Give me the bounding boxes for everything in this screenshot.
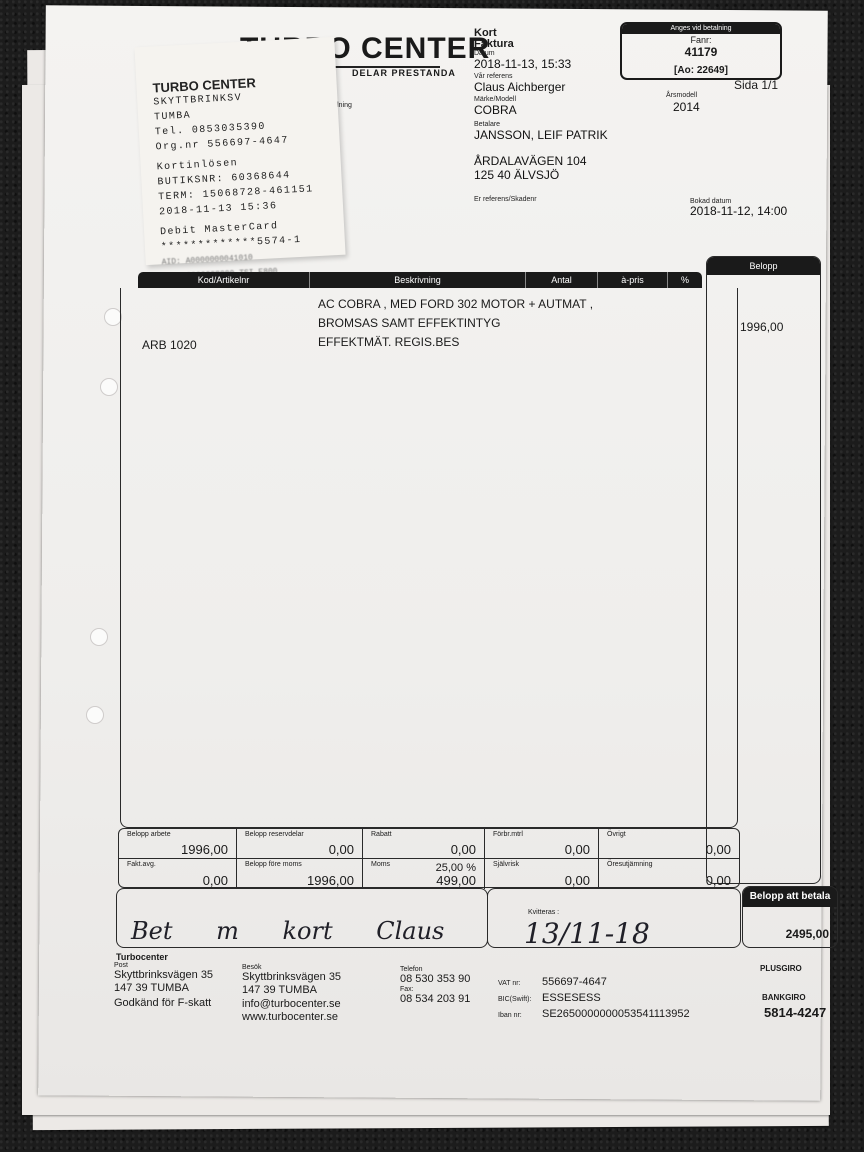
kvitteras-label: Kvitteras : — [528, 909, 559, 916]
card-receipt: TURBO CENTER SKYTTBRINKSV TUMBA Tel. 085… — [134, 37, 345, 265]
summary-parts: Belopp reservdelar0,00 — [237, 829, 363, 859]
plusgiro-label: PLUSGIRO — [760, 964, 802, 973]
booked-date: 2018-11-12, 14:00 — [690, 204, 787, 218]
bankgiro-number: 5814-4247 — [764, 1005, 826, 1020]
total-box: Belopp att betala 2495,00 — [742, 886, 838, 948]
punch-hole — [86, 706, 104, 724]
model-year: 2014 — [673, 100, 700, 114]
bankgiro-label: BANKGIRO — [762, 993, 806, 1002]
description-line: EFFEKTMÄT. REGIS.BES — [318, 333, 593, 352]
invoice-header: Kort Faktura Datum 2018-11-13, 15:33 Vår… — [474, 28, 608, 203]
summary-discount: Rabatt0,00 — [363, 829, 485, 859]
col-header-percent: % — [668, 272, 702, 288]
ao-number: [Ao: 22649] — [622, 65, 780, 76]
table-header: Kod/Artikelnr Beskrivning Antal à-pris % — [138, 272, 702, 288]
footer-bank-details: VAT nr:556697-4647 BIC(Swift):ESSESESS I… — [498, 974, 690, 1022]
our-ref: Claus Aichberger — [474, 80, 608, 94]
col-header-code: Kod/Artikelnr — [138, 272, 310, 288]
invoice-number: 41179 — [622, 45, 780, 59]
receipt-confirmation-box: Kvitteras : 13/11-18 — [487, 888, 741, 948]
payment-reference-box: Anges vid betalning Fanr: 41179 [Ao: 226… — [620, 22, 782, 80]
summary-before-vat: Belopp före moms1996,00 — [237, 859, 363, 889]
summary-invoice-fee: Fakt.avg.0,00 — [119, 859, 237, 889]
handwritten-note: Bet m kort Claus — [131, 917, 444, 945]
table-row-amount: 1996,00 — [740, 320, 783, 334]
summary-other: Övrigt0,00 — [599, 829, 739, 859]
col-header-unit-price: à-pris — [598, 272, 668, 288]
punch-hole — [100, 378, 118, 396]
payer: JANSSON, LEIF PATRIK — [474, 128, 608, 142]
col-header-qty: Antal — [526, 272, 598, 288]
description-line: BROMSAS SAMT EFFEKTINTYG — [318, 314, 593, 333]
table-row-code: ARB 1020 — [142, 338, 197, 352]
table-row-description: AC COBRA , MED FORD 302 MOTOR + AUTMAT ,… — [318, 295, 593, 352]
payment-box-header: Anges vid betalning — [622, 24, 780, 34]
punch-hole — [90, 628, 108, 646]
payer-label: Betalare — [474, 121, 608, 128]
summary-rounding: Öresutjämning0,00 — [599, 859, 739, 889]
logo-tagline: DELAR PRESTANDA — [352, 68, 456, 78]
footer-post: Post Skyttbrinksvägen 35 147 39 TUMBA Go… — [114, 962, 213, 1010]
address-line: 125 40 ÄLVSJÖ — [474, 168, 608, 182]
footer-company: Turbocenter — [116, 952, 168, 962]
col-header-description: Beskrivning — [310, 272, 526, 288]
total-label: Belopp att betala — [743, 887, 837, 907]
date-label: Datum — [474, 50, 608, 57]
footer-visit: Besök Skyttbrinksvägen 35 147 39 TUMBA i… — [242, 964, 341, 1024]
invoice-date: 2018-11-13, 15:33 — [474, 57, 608, 71]
handwritten-date: 13/11-18 — [524, 917, 650, 950]
your-ref-label: Er referens/Skadenr — [474, 196, 608, 203]
summary-vat: Moms25,00 %499,00 — [363, 859, 485, 889]
year-label: Årsmodell — [666, 92, 697, 99]
summary-labor: Belopp arbete1996,00 — [119, 829, 237, 859]
page-indicator: Sida 1/1 — [734, 78, 778, 92]
our-ref-label: Vår referens — [474, 73, 608, 80]
model-label: Märke/Modell — [474, 96, 608, 103]
total-amount: 2495,00 — [786, 927, 829, 941]
table-body — [120, 288, 738, 828]
address-line: ÅRDALAVÄGEN 104 — [474, 154, 608, 168]
invoice-no-label: Fanr: — [622, 35, 780, 45]
description-line: AC COBRA , MED FORD 302 MOTOR + AUTMAT , — [318, 295, 593, 314]
summary-deductible: Självrisk0,00 — [485, 859, 599, 889]
summary-grid: Belopp arbete1996,00 Belopp reservdelar0… — [118, 828, 740, 888]
footer-contact: Telefon 08 530 353 90 Fax: 08 534 203 91 — [400, 966, 470, 1006]
col-header-belopp: Belopp — [707, 257, 820, 275]
summary-consumables: Förbr.mtrl0,00 — [485, 829, 599, 859]
doc-type: Faktura — [474, 39, 608, 50]
signature-box: Bet m kort Claus — [116, 888, 488, 948]
model: COBRA — [474, 103, 608, 117]
